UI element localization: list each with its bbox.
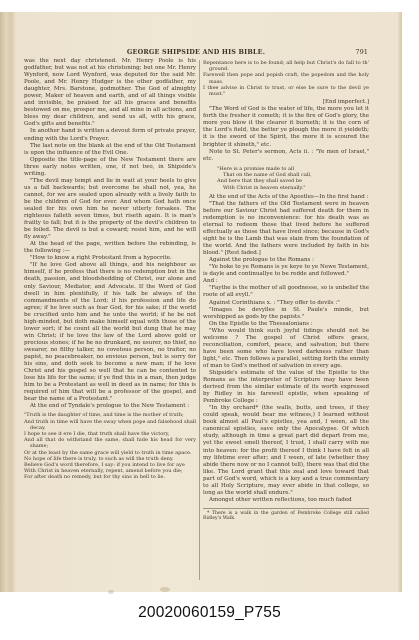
verse-line: "Truth is the daughter of time, and time… (24, 412, 196, 418)
paragraph: "Ye boke to ye Romans is ye keye to ye N… (203, 264, 369, 278)
paragraph: Against Corinthians x. : "They offer to … (203, 300, 369, 307)
paragraph: At the end of the Acts of the Apostles—I… (203, 194, 369, 201)
paragraph: "Faythe is the mother of all goodnesse, … (203, 285, 369, 299)
right-column: Repentance here is to be found; all help… (203, 58, 369, 522)
paragraph: "Images be devylles in St. Paule's minde… (203, 307, 369, 321)
paragraph: Opposite the title-page of the New Testa… (24, 157, 196, 178)
paragraph: "That the fathers of the Old Testament w… (203, 201, 369, 257)
paragraph: And : (203, 278, 369, 285)
paragraph: Against the prologue to the Romans : (203, 257, 369, 264)
paragraph: On the Epistle to the Thessalonians : (203, 321, 369, 328)
left-column: was the next day christened. Mr. Henry P… (24, 58, 196, 483)
verse-line: And truth in time will have the sway whe… (24, 419, 196, 431)
column-divider (199, 60, 200, 580)
page-stain (160, 587, 170, 592)
paragraph: The last note on the blank at the end of… (24, 143, 196, 157)
verse-line: Or at the least by the same grace will y… (24, 450, 196, 456)
paragraph: In another hand is written a devout form… (24, 128, 196, 142)
verse-line: I thee advise in Christ to trust, or els… (203, 85, 369, 97)
paragraph: "How to know a right Protestant from a h… (24, 255, 196, 262)
verse-block: Repentance here is to be found; all help… (203, 60, 369, 97)
verse-line: Repentance here is to be found; all help… (203, 60, 369, 72)
paragraph: was the next day christened. Mr. Henry P… (24, 58, 196, 128)
paragraph: "The Word of God is the water of life, t… (203, 106, 369, 148)
verse-line: Farewell then pope and popish craft, the… (203, 72, 369, 84)
verse-line: And all that do withstand the same, shal… (24, 437, 196, 449)
poem-line: With Christ in heaven eternally." (217, 185, 369, 191)
page-stain (108, 590, 114, 594)
running-header: GEORGE SHIPSIDE AND HIS BIBLE. 791 (24, 48, 368, 58)
footnote-rule (203, 508, 369, 509)
paragraph: At the end of Tyndale's prologue to the … (24, 403, 196, 410)
verse-block: "Truth is the daughter of time, and time… (24, 412, 196, 480)
paragraph: Amongst other written reflections, too m… (203, 497, 369, 504)
paragraph: At the head of the page, written before … (24, 241, 196, 255)
paragraph: Shipside's estimate of the value of the … (203, 370, 369, 405)
verse-line: For after death no remedy, but for thy s… (24, 474, 196, 480)
paragraph: "Who would think such joyful tidings sho… (203, 328, 369, 370)
footnote: * There is a walk in the garden of Pembr… (203, 511, 369, 522)
paragraph: Note to St. Peter's sermon, Acts ii. : "… (203, 149, 369, 163)
paragraph: "The devil may tempt and lie in wait at … (24, 178, 196, 241)
page-number: 791 (355, 48, 368, 56)
image-caption: 20020060159_P755 (0, 604, 419, 622)
poem: "Here is a promise made to all That on t… (203, 166, 369, 191)
verse-note: [End imperfect.] (203, 99, 369, 106)
running-title: GEORGE SHIPSIDE AND HIS BIBLE. (24, 48, 368, 56)
paragraph: "In thy orchard* (the walls, butts, and … (203, 405, 369, 497)
paragraph: "If he love God above all things, and hi… (24, 262, 196, 403)
